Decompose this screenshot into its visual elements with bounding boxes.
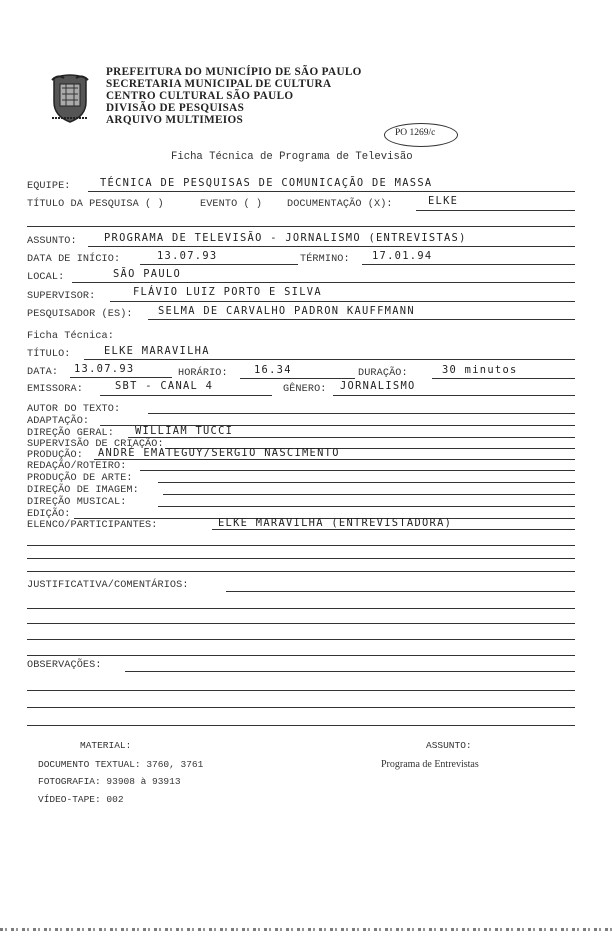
material-item-3: VÍDEO-TAPE: 002 [38, 794, 124, 805]
footer-assunto-value: Programa de Entrevistas [381, 759, 479, 770]
assunto-value: PROGRAMA DE TELEVISÃO - JORNALISMO (ENTR… [104, 232, 467, 244]
genero-value: JORNALISMO [340, 380, 416, 392]
scan-edge-noise [0, 928, 612, 931]
titulo-pesquisa-label: TÍTULO DA PESQUISA ( ) [27, 199, 164, 210]
footer-assunto-heading: ASSUNTO: [426, 740, 472, 751]
titulo-pesquisa-value: ELKE [428, 195, 458, 207]
termino-value: 17.01.94 [372, 250, 432, 262]
form-title: Ficha Técnica de Programa de Televisão [171, 151, 413, 163]
credit-value: WILLIAM TUCCI [135, 425, 233, 437]
pesquisador-label: PESQUISADOR (ES): [27, 309, 133, 320]
credit-label: AUTOR DO TEXTO: [27, 404, 120, 415]
material-item-2: FOTOGRAFIA: 93908 à 93913 [38, 776, 181, 787]
data-inicio-value: 13.07.93 [157, 250, 217, 262]
credit-label: DIREÇÃO DE IMAGEM: [27, 485, 139, 496]
credit-label: ELENCO/PARTICIPANTES: [27, 520, 157, 531]
org-line-5: ARQUIVO MULTIMEIOS [106, 115, 243, 127]
coat-of-arms-icon [48, 72, 92, 124]
data-label: DATA: [27, 367, 58, 378]
documentacao-label: DOCUMENTAÇÃO (X): [287, 199, 393, 210]
credit-label: DIREÇÃO GERAL: [27, 428, 114, 439]
horario-label: HORÁRIO: [178, 368, 228, 379]
horario-value: 16.34 [254, 364, 292, 376]
termino-label: TÉRMINO: [300, 254, 350, 265]
credit-label: PRODUÇÃO DE ARTE: [27, 473, 133, 484]
credit-label: PRODUÇÃO: [27, 450, 83, 461]
titulo-value: ELKE MARAVILHA [104, 345, 210, 357]
titulo-label: TÍTULO: [27, 349, 71, 360]
equipe-label: EQUIPE: [27, 181, 71, 192]
emissora-value: SBT - CANAL 4 [115, 380, 213, 392]
org-line-1: PREFEITURA DO MUNICÍPIO DE SÃO PAULO [106, 67, 362, 79]
data-inicio-label: DATA DE INÍCIO: [27, 254, 120, 265]
local-label: LOCAL: [27, 272, 64, 283]
equipe-value: TÉCNICA DE PESQUISAS DE COMUNICAÇÃO DE M… [100, 177, 432, 189]
observacoes-label: OBSERVAÇÕES: [27, 660, 102, 671]
local-value: SÃO PAULO [113, 268, 181, 280]
supervisor-label: SUPERVISOR: [27, 291, 95, 302]
credit-value: ANDRÉ EMATEGUY/SERGIO NASCIMENTO [98, 447, 340, 459]
material-heading: MATERIAL: [80, 740, 131, 751]
credit-label: REDAÇÃO/ROTEIRO: [27, 461, 126, 472]
credit-label: ADAPTAÇÃO: [27, 416, 89, 427]
credit-label: EDIÇÃO: [27, 509, 71, 520]
duracao-value: 30 minutos [442, 364, 518, 376]
material-item-1: DOCUMENTO TEXTUAL: 3760, 3761 [38, 759, 203, 770]
evento-label: EVENTO ( ) [200, 199, 262, 210]
org-line-4: DIVISÃO DE PESQUISAS [106, 103, 244, 115]
ficha-heading: Ficha Técnica: [27, 331, 114, 342]
genero-label: GÊNERO: [283, 384, 327, 395]
data-value: 13.07.93 [74, 363, 134, 375]
org-line-3: CENTRO CULTURAL SÃO PAULO [106, 91, 293, 103]
emissora-label: EMISSORA: [27, 384, 83, 395]
duracao-label: DURAÇÃO: [358, 368, 408, 379]
org-line-2: SECRETARIA MUNICIPAL DE CULTURA [106, 79, 331, 91]
justificativa-label: JUSTIFICATIVA/COMENTÁRIOS: [27, 580, 189, 591]
credit-label: DIREÇÃO MUSICAL: [27, 497, 126, 508]
assunto-label: ASSUNTO: [27, 236, 77, 247]
credit-value: ELKE MARAVILHA (ENTREVISTADORA) [218, 517, 452, 529]
pesquisador-value: SELMA DE CARVALHO PADRON KAUFFMANN [158, 305, 415, 317]
supervisor-value: FLÁVIO LUIZ PORTO E SILVA [133, 286, 322, 298]
reference-stamp-text: PO 1269/c [395, 128, 435, 138]
reference-stamp: PO 1269/c [384, 123, 458, 147]
